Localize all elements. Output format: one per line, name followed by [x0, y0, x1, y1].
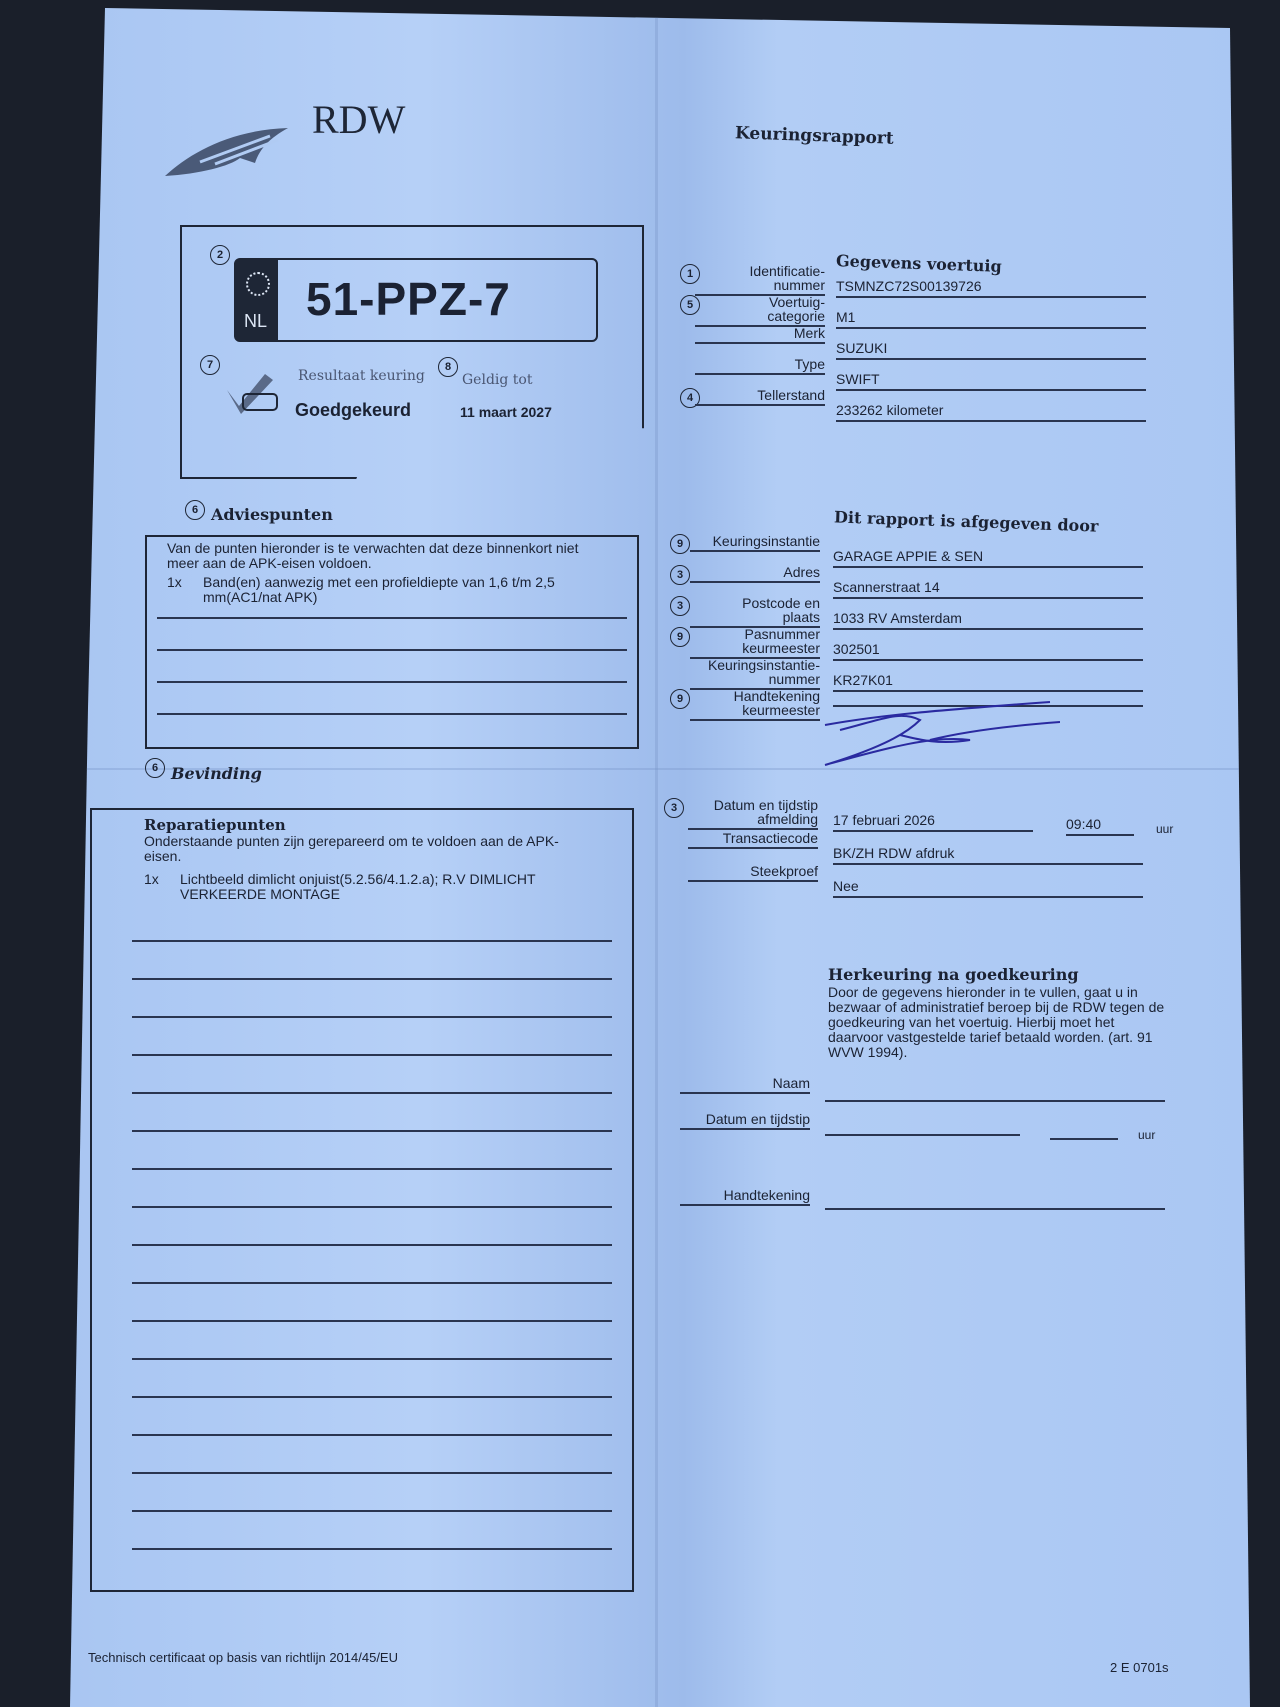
- item-text: Lichtbeeld dimlicht onjuist(5.2.56/4.1.2…: [180, 872, 604, 902]
- item-qty: 1x: [167, 575, 203, 605]
- findings-box: Reparatiepunten Onderstaande punten zijn…: [90, 808, 634, 1592]
- ruled-line: [132, 1472, 612, 1474]
- marker-8: 8: [438, 357, 458, 377]
- ruled-line: [132, 1206, 612, 1208]
- ruled-line: [132, 1396, 612, 1398]
- ruled-line: [132, 1510, 612, 1512]
- eu-stars-icon: [246, 272, 270, 296]
- advice-box: Van de punten hieronder is te verwachten…: [145, 535, 639, 749]
- field-value: KR27K01: [833, 672, 1143, 692]
- advice-intro: Van de punten hieronder is te verwachten…: [167, 541, 607, 571]
- field-label: Datum en tijdstip afmelding: [688, 798, 818, 830]
- ruled-line: [157, 681, 627, 683]
- field-value: 17 februari 2026: [833, 812, 1033, 832]
- approved-car-icon: [225, 370, 281, 416]
- field-value: M1: [836, 309, 1146, 329]
- ruled-line: [132, 1168, 612, 1170]
- field-value: SUZUKI: [836, 340, 1146, 360]
- fold-line-vertical: [655, 8, 658, 1707]
- ruled-line: [157, 649, 627, 651]
- field-value: GARAGE APPIE & SEN: [833, 548, 1143, 568]
- field-label: Pasnummer keurmeester: [690, 627, 820, 659]
- field-label: Identificatie- nummer: [695, 264, 825, 296]
- reinspection-date-field[interactable]: [825, 1134, 1020, 1136]
- reinspection-date-label: Datum en tijdstip: [680, 1112, 810, 1130]
- ruled-line: [157, 713, 627, 715]
- advice-items: 1xBand(en) aanwezig met een profieldiept…: [167, 575, 607, 605]
- field-label: Tellerstand: [695, 388, 825, 406]
- findings-intro: Onderstaande punten zijn gerepareerd om …: [144, 834, 584, 864]
- field-time: 09:40: [1066, 816, 1134, 836]
- field-label: Keuringsinstantie- nummer: [690, 658, 820, 690]
- ruled-line: [132, 1548, 612, 1550]
- list-item: 1xBand(en) aanwezig met een profieldiept…: [167, 575, 607, 605]
- field-value: TSMNZC72S00139726: [836, 278, 1146, 298]
- field-label: Transactiecode: [688, 831, 818, 849]
- result-value: Goedgekeurd: [295, 400, 411, 421]
- footer-code: 2 E 0701s: [1110, 1660, 1169, 1675]
- reinspection-time-field[interactable]: [1050, 1138, 1118, 1140]
- ruled-line: [132, 1358, 612, 1360]
- ruled-line: [132, 1244, 612, 1246]
- field-label: Merk: [695, 326, 825, 344]
- field-marker: 9: [670, 689, 690, 709]
- item-text: Band(en) aanwezig met een profieldiepte …: [203, 575, 607, 605]
- field-label: Steekproef: [688, 864, 818, 882]
- marker-6-advice: 6: [185, 500, 205, 520]
- findings-items: 1xLichtbeeld dimlicht onjuist(5.2.56/4.1…: [144, 872, 604, 902]
- license-plate: NL 51-PPZ-7: [234, 258, 598, 342]
- field-value: 233262 kilometer: [836, 402, 1146, 422]
- rdw-logo-text: RDW: [312, 96, 405, 143]
- reinspection-signature-label: Handtekening: [680, 1188, 810, 1206]
- result-label: Resultaat keuring: [298, 368, 425, 384]
- field-value: 1033 RV Amsterdam: [833, 610, 1143, 630]
- field-label: Keuringsinstantie: [690, 534, 820, 552]
- marker-7: 7: [200, 355, 220, 375]
- field-marker: 3: [670, 565, 690, 585]
- field-marker: 9: [670, 534, 690, 554]
- findings-heading: Bevinding: [171, 764, 262, 783]
- field-label: Voertuig- categorie: [695, 295, 825, 327]
- field-value: Nee: [833, 878, 1143, 898]
- field-label: Handtekening keurmeester: [690, 689, 820, 721]
- field-label: Postcode en plaats: [690, 596, 820, 628]
- item-qty: 1x: [144, 872, 180, 902]
- rdw-feather-logo-icon: [160, 118, 290, 180]
- field-value: BK/ZH RDW afdruk: [833, 845, 1143, 865]
- plate-number: 51-PPZ-7: [306, 272, 511, 326]
- reinspection-name-field[interactable]: [825, 1100, 1165, 1102]
- field-marker: 3: [664, 798, 684, 818]
- inspector-signature: [820, 700, 1060, 770]
- reinspection-body: Door de gegevens hieronder in te vullen,…: [828, 985, 1168, 1060]
- ruled-line: [132, 1320, 612, 1322]
- list-item: 1xLichtbeeld dimlicht onjuist(5.2.56/4.1…: [144, 872, 604, 902]
- field-marker: 3: [670, 596, 690, 616]
- ruled-line: [132, 1130, 612, 1132]
- ruled-line: [132, 1092, 612, 1094]
- marker-2: 2: [210, 245, 230, 265]
- ruled-line: [132, 1282, 612, 1284]
- ruled-line: [132, 978, 612, 980]
- eu-band: NL: [236, 260, 278, 340]
- advice-heading: Adviespunten: [211, 505, 333, 524]
- valid-until-value: 11 maart 2027: [460, 404, 552, 420]
- findings-subheading: Reparatiepunten: [144, 816, 286, 834]
- field-time-unit: uur: [1156, 822, 1173, 836]
- ruled-line: [132, 1054, 612, 1056]
- reinspection-signature-field[interactable]: [825, 1208, 1165, 1210]
- field-label: Adres: [690, 565, 820, 583]
- valid-until-label: Geldig tot: [462, 372, 532, 388]
- footer-directive: Technisch certificaat op basis van richt…: [88, 1650, 398, 1665]
- field-value: Scannerstraat 14: [833, 579, 1143, 599]
- plate-country: NL: [244, 311, 267, 332]
- reinspection-name-label: Naam: [680, 1076, 810, 1094]
- ruled-line: [157, 617, 627, 619]
- reinspection-heading: Herkeuring na goedkeuring: [828, 965, 1079, 984]
- ruled-line: [132, 1434, 612, 1436]
- field-value: 302501: [833, 641, 1143, 661]
- field-value: SWIFT: [836, 371, 1146, 391]
- field-marker: 9: [670, 627, 690, 647]
- ruled-line: [132, 940, 612, 942]
- marker-6-findings: 6: [145, 758, 165, 778]
- field-label: Type: [695, 357, 825, 375]
- reinspection-time-unit: uur: [1138, 1128, 1155, 1142]
- ruled-line: [132, 1016, 612, 1018]
